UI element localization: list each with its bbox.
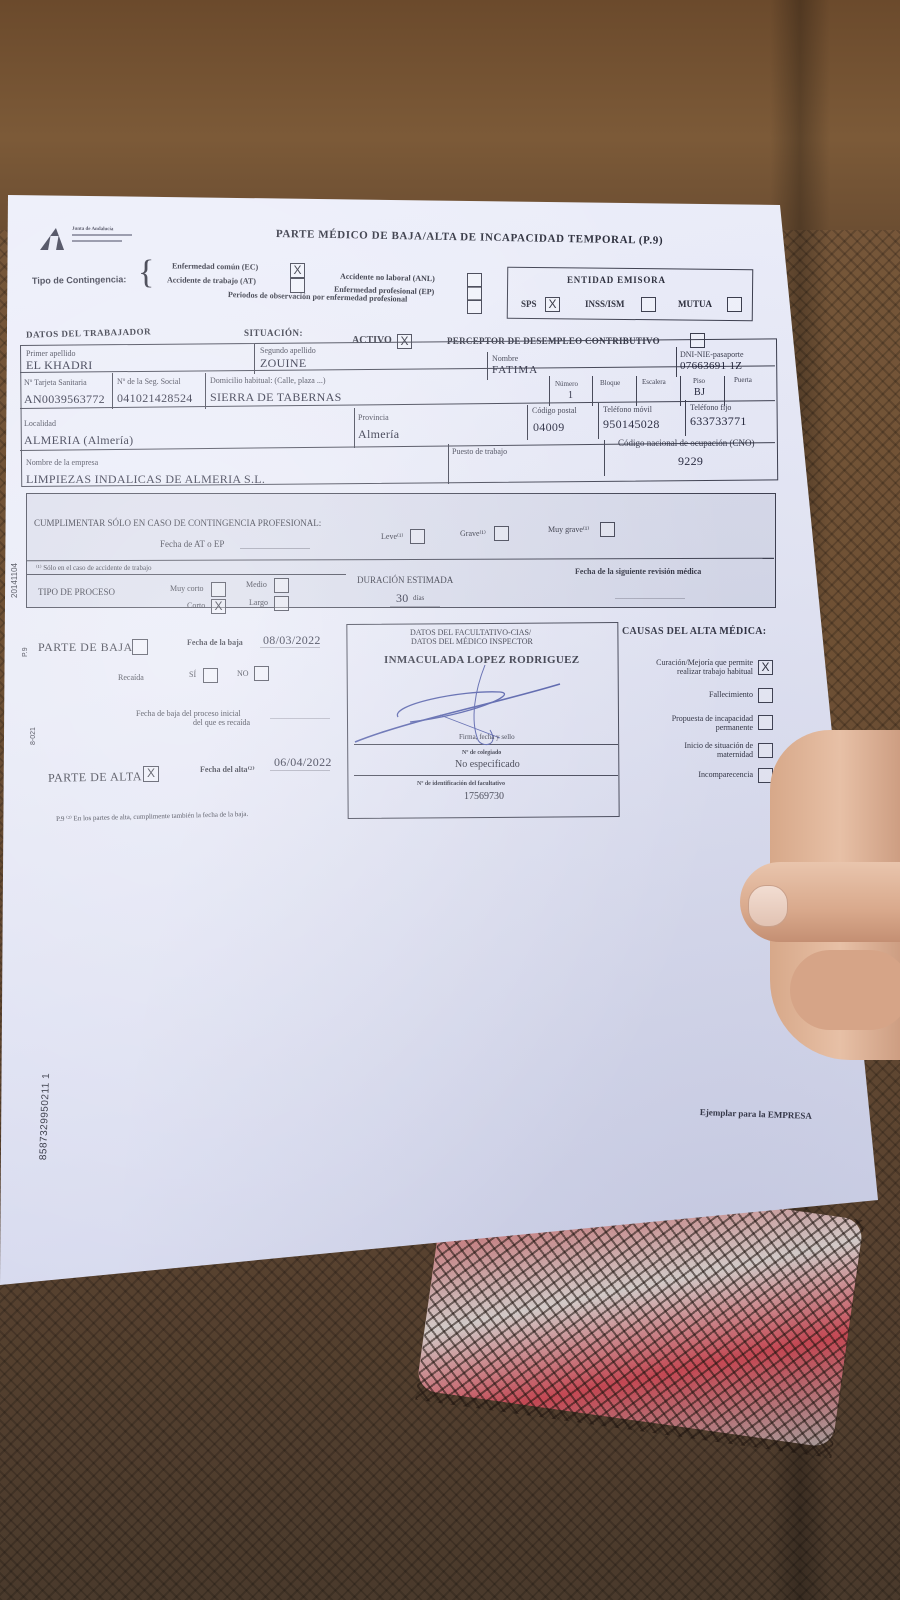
initial-process-label: Fecha de baja del proceso inicial — [136, 709, 241, 718]
landline-value: 633733771 — [690, 414, 747, 429]
social-security-label: Nº de la Seg. Social — [117, 377, 181, 386]
mobile-phone-value: 950145028 — [603, 417, 660, 432]
very-serious-checkbox[interactable] — [600, 522, 615, 537]
very-short-checkbox[interactable] — [211, 582, 226, 597]
contingency-type-label: Tipo de Contingencia: — [32, 274, 127, 286]
cause-maternity-checkbox[interactable] — [758, 743, 773, 758]
locality-value: ALMERIA (Almería) — [24, 433, 133, 448]
discharge-causes-title: CAUSAS DEL ALTA MÉDICA: — [622, 626, 766, 637]
social-security-value: 041021428524 — [117, 391, 193, 406]
cause-recovery-checkbox[interactable]: X — [758, 660, 773, 675]
background-fabric — [0, 0, 900, 230]
discharge-checkbox[interactable]: X — [143, 766, 159, 782]
registration-number-label: Nº de colegiado — [462, 750, 501, 756]
landline-label: Teléfono fijo — [690, 403, 731, 412]
contingency-anl-checkbox[interactable] — [467, 273, 482, 288]
discharge-date-value: 06/04/2022 — [274, 755, 332, 770]
sick-leave-checkbox[interactable] — [132, 639, 148, 655]
long-label: Largo — [249, 598, 268, 607]
doctor-title-1: DATOS DEL FACULTATIVO-CIAS/ — [410, 628, 531, 637]
active-checkbox[interactable]: X — [397, 334, 412, 349]
junta-andalucia-logo-icon — [40, 228, 68, 250]
postal-code-label: Código postal — [532, 406, 577, 415]
next-review-label: Fecha de la siguiente revisión médica — [575, 567, 701, 576]
relapse-yes-label: SÍ — [189, 670, 196, 679]
contingency-obs-label: Periodos de observación por enfermedad p… — [228, 290, 408, 304]
address-label: Domicilio habitual: (Calle, plaza ...) — [210, 376, 326, 385]
registration-number-value: No especificado — [455, 759, 520, 770]
id-document-value: 07663691 1Z — [680, 360, 742, 372]
long-checkbox[interactable] — [274, 596, 289, 611]
serious-checkbox[interactable] — [494, 526, 509, 541]
contingency-ec-checkbox[interactable]: X — [290, 263, 305, 278]
medium-label: Medio — [246, 580, 267, 589]
form-title: PARTE MÉDICO DE BAJA/ALTA DE INCAPACIDAD… — [276, 228, 663, 247]
form-code: 20141104 — [10, 563, 19, 598]
short-label: Corto — [187, 601, 205, 610]
company-label: Nombre de la empresa — [26, 458, 98, 467]
relapse-label: Recaída — [118, 673, 144, 682]
form-model-code: P.9 — [22, 647, 29, 657]
relapse-yes-checkbox[interactable] — [203, 668, 218, 683]
health-card-label: Nº Tarjeta Sanitaria — [24, 378, 87, 387]
door-label: Puerta — [734, 376, 752, 384]
thumbnail — [748, 885, 788, 927]
estimated-duration-value: 30 — [396, 591, 409, 606]
brace-icon: { — [138, 254, 154, 292]
very-short-label: Muy corto — [170, 584, 204, 593]
company-value: LIMPIEZAS INDALICAS DE ALMERIA S.L. — [26, 472, 265, 487]
doctor-id-value: 17569730 — [464, 791, 504, 802]
contingency-at-label: Accidente de trabajo (AT) — [167, 275, 256, 285]
entity-inss-checkbox[interactable] — [641, 297, 656, 312]
discharge-date-label: Fecha del alta⁽²⁾ — [200, 764, 255, 774]
work-accident-footnote: ⁽¹⁾ Sólo en el caso de accidente de trab… — [36, 564, 152, 572]
estimated-duration-label: DURACIÓN ESTIMADA — [357, 575, 453, 585]
occupation-code-label: Código nacional de ocupación (CNO) — [618, 438, 754, 448]
cause-disability-label-2: permanente — [638, 723, 753, 732]
first-surname-label: Primer apellido — [26, 349, 76, 358]
cause-no-show-label: Incomparecencia — [638, 770, 753, 779]
contingency-ep-label: Enfermedad profesional (EP) — [334, 285, 434, 297]
province-label: Provincia — [358, 413, 389, 422]
name-label: Nombre — [492, 354, 518, 363]
locality-label: Localidad — [24, 419, 56, 428]
relapse-no-checkbox[interactable] — [254, 666, 269, 681]
very-serious-label: Muy grave⁽¹⁾ — [548, 525, 589, 534]
cause-maternity-label: Inicio de situación de — [638, 741, 753, 750]
process-type-label: TIPO DE PROCESO — [38, 587, 115, 597]
number-value: 1 — [568, 390, 573, 401]
cause-disability-checkbox[interactable] — [758, 715, 773, 730]
floor-label: Piso — [693, 377, 705, 385]
cause-disability-label: Propuesta de incapacidad — [638, 714, 753, 723]
issuing-entity-box — [507, 267, 754, 322]
number-label: Número — [555, 380, 578, 388]
mild-label: Leve⁽¹⁾ — [381, 532, 403, 541]
health-card-value: AN0039563772 — [24, 392, 105, 407]
estimated-duration-unit: días — [413, 594, 424, 602]
hand-palm — [790, 950, 900, 1030]
copy-for-company-label: Ejemplar para la EMPRESA — [700, 1107, 812, 1121]
entity-mutua-label: MUTUA — [678, 299, 712, 309]
entity-sps-label: SPS — [521, 299, 537, 309]
entity-mutua-checkbox[interactable] — [727, 297, 742, 312]
sick-leave-label: PARTE DE BAJA — [38, 640, 133, 655]
discharge-footnote: P.9 ⁽²⁾ En los partes de alta, cumplimen… — [56, 810, 248, 823]
logo-text: Junta de Andalucía — [72, 227, 113, 232]
id-document-label: DNI-NIE-pasaporte — [680, 350, 744, 359]
address-value: SIERRA DE TABERNAS — [210, 390, 342, 405]
job-position-label: Puesto de trabajo — [452, 447, 507, 456]
entity-inss-label: INSS/ISM — [585, 299, 625, 309]
issuing-entity-title: ENTIDAD EMISORA — [567, 275, 666, 285]
doctor-title-2: DATOS DEL MÉDICO INSPECTOR — [411, 637, 533, 646]
discharge-label: PARTE DE ALTA — [48, 769, 142, 786]
second-surname-label: Segundo apellido — [260, 346, 316, 355]
doctor-id-label: Nº de identificación del facultativo — [417, 781, 505, 787]
contingency-at-checkbox[interactable] — [290, 278, 305, 293]
leave-date-value: 08/03/2022 — [263, 633, 321, 648]
occupation-code-value: 9229 — [678, 454, 703, 469]
signature-icon — [350, 660, 620, 750]
mild-checkbox[interactable] — [410, 529, 425, 544]
relapse-no-label: NO — [237, 669, 249, 678]
active-label: ACTIVO — [352, 335, 392, 346]
contingency-obs-checkbox[interactable] — [467, 299, 482, 314]
unemployment-checkbox[interactable] — [690, 333, 705, 348]
form-version-code: 8-021 — [30, 727, 37, 745]
floor-value: BJ — [694, 387, 705, 398]
initial-process-label-2: del que es recaída — [193, 718, 250, 727]
contingency-ep-checkbox[interactable] — [467, 286, 482, 301]
staircase-label: Escalera — [642, 378, 666, 386]
signature-label: Firma, fecha y sello — [459, 733, 515, 741]
entity-sps-checkbox[interactable]: X — [545, 297, 560, 312]
contingency-ec-label: Enfermedad común (EC) — [172, 261, 258, 271]
professional-contingency-title: CUMPLIMENTAR SÓLO EN CASO DE CONTINGENCI… — [34, 518, 321, 528]
accident-date-label: Fecha de AT o EP — [160, 539, 224, 549]
first-surname-value: EL KHADRI — [26, 358, 93, 373]
postal-code-value: 04009 — [533, 420, 565, 435]
cause-death-checkbox[interactable] — [758, 688, 773, 703]
name-value: FATIMA — [492, 364, 538, 376]
unemployment-label: PERCEPTOR DE DESEMPLEO CONTRIBUTIVO — [447, 336, 660, 346]
serious-label: Grave⁽¹⁾ — [460, 529, 486, 538]
worker-section-title: DATOS DEL TRABAJADOR — [26, 326, 151, 339]
cause-death-label: Fallecimiento — [638, 690, 753, 699]
second-surname-value: ZOUINE — [260, 356, 306, 371]
cause-maternity-label-2: maternidad — [638, 750, 753, 759]
province-value: Almería — [358, 427, 399, 442]
barcode-number: 8587329950211 1 — [38, 1073, 52, 1161]
medium-checkbox[interactable] — [274, 578, 289, 593]
situation-label: SITUACIÓN: — [244, 328, 303, 338]
cause-recovery-label-2: realizar trabajo habitual — [638, 667, 753, 676]
leave-date-label: Fecha de la baja — [187, 638, 243, 647]
mobile-phone-label: Teléfono móvil — [603, 405, 652, 414]
doctor-name: INMACULADA LOPEZ RODRIGUEZ — [384, 654, 579, 666]
short-checkbox[interactable]: X — [211, 599, 226, 614]
contingency-anl-label: Accidente no laboral (ANL) — [340, 272, 435, 283]
cause-recovery-label: Curación/Mejoría que permite — [638, 658, 753, 667]
block-label: Bloque — [600, 379, 620, 387]
